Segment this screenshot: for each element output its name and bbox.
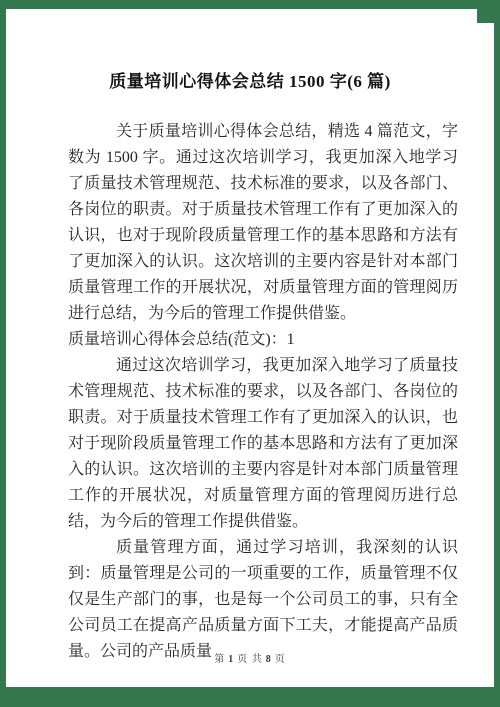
document-frame: 质量培训心得体会总结 1500 字(6 篇) 关于质量培训心得体会总结，精选 4…	[0, 0, 500, 707]
footer-label-total-unit: 页	[275, 654, 286, 665]
paragraph-body-1: 通过这次培训学习，我更加深入地学习了质量技术管理规范、技术标准的要求，以及各部门…	[68, 353, 458, 535]
footer-label-total: 共	[252, 654, 263, 665]
document-page: 质量培训心得体会总结 1500 字(6 篇) 关于质量培训心得体会总结，精选 4…	[6, 9, 494, 687]
footer-total-pages: 8	[263, 654, 275, 665]
paragraph-body-2: 质量管理方面，通过学习培训，我深刻的认识到：质量管理是公司的一项重要的工作，质量…	[68, 535, 458, 665]
frame-corner-accent	[477, 6, 494, 23]
document-body: 关于质量培训心得体会总结，精选 4 篇范文，字数为 1500 字。通过这次培训学…	[6, 119, 494, 665]
paragraph-section-heading: 质量培训心得体会总结(范文)：1	[68, 327, 458, 353]
footer-label-page-unit: 页	[237, 654, 248, 665]
paragraph-intro: 关于质量培训心得体会总结，精选 4 篇范文，字数为 1500 字。通过这次培训学…	[68, 119, 458, 327]
footer-page-indicator: 第1页 共8页	[6, 650, 494, 665]
footer-label-page: 第	[214, 654, 225, 665]
footer-page-number: 1	[225, 654, 237, 665]
document-title: 质量培训心得体会总结 1500 字(6 篇)	[6, 69, 494, 95]
